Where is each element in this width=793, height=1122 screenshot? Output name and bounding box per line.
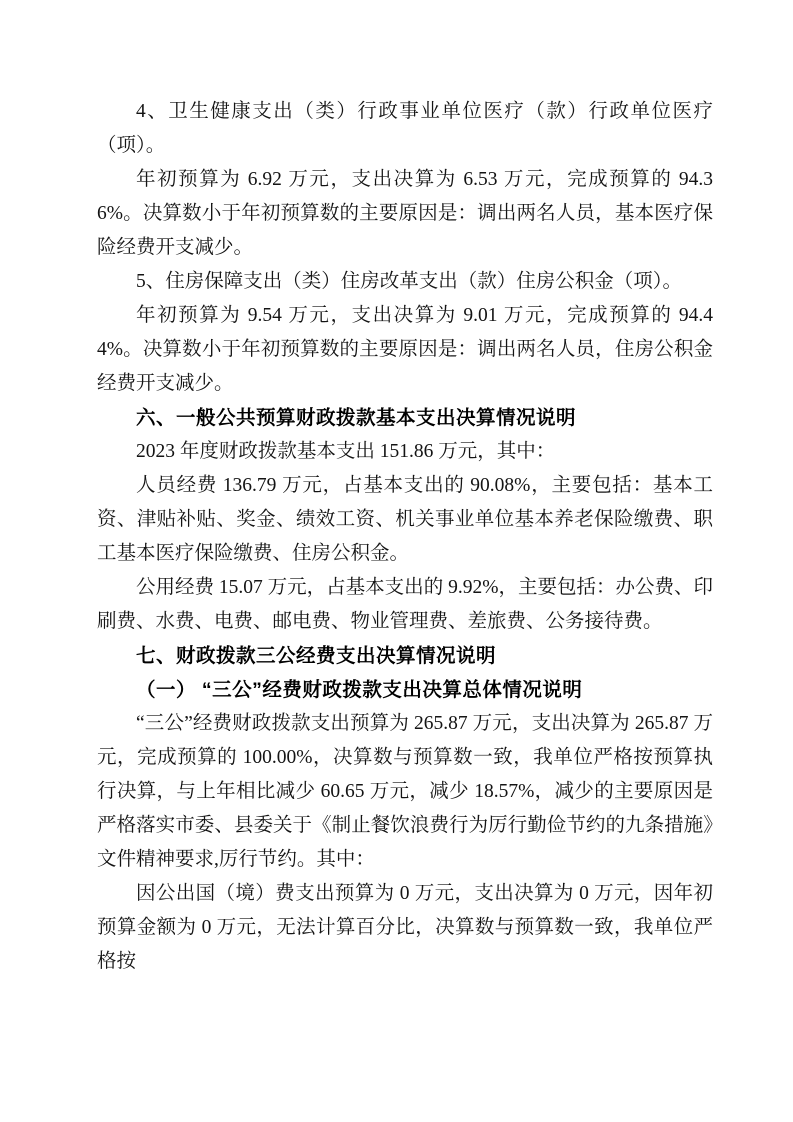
section-heading: 六、一般公共预算财政拨款基本支出决算情况说明 [97,401,713,435]
paragraph: 年初预算为 9.54 万元，支出决算为 9.01 万元，完成预算的 94.44%… [97,299,713,401]
paragraph: 年初预算为 6.92 万元，支出决算为 6.53 万元，完成预算的 94.36%… [97,163,713,265]
document-page: 4、卫生健康支出（类）行政事业单位医疗（款）行政单位医疗（项）。年初预算为 6.… [0,0,793,1122]
paragraph: 因公出国（境）费支出预算为 0 万元，支出决算为 0 万元，因年初预算金额为 0… [97,877,713,979]
paragraph: “三公”经费财政拨款支出预算为 265.87 万元，支出决算为 265.87 万… [97,707,713,877]
document-body: 4、卫生健康支出（类）行政事业单位医疗（款）行政单位医疗（项）。年初预算为 6.… [97,95,713,979]
section-heading: （一） “三公”经费财政拨款支出决算总体情况说明 [97,673,713,707]
paragraph: 公用经费 15.07 万元，占基本支出的 9.92%，主要包括：办公费、印刷费、… [97,571,713,639]
section-heading: 七、财政拨款三公经费支出决算情况说明 [97,639,713,673]
paragraph: 2023 年度财政拨款基本支出 151.86 万元，其中： [97,435,713,469]
paragraph: 人员经费 136.79 万元，占基本支出的 90.08%，主要包括：基本工资、津… [97,469,713,571]
paragraph: 4、卫生健康支出（类）行政事业单位医疗（款）行政单位医疗（项）。 [97,95,713,163]
paragraph: 5、住房保障支出（类）住房改革支出（款）住房公积金（项）。 [97,265,713,299]
